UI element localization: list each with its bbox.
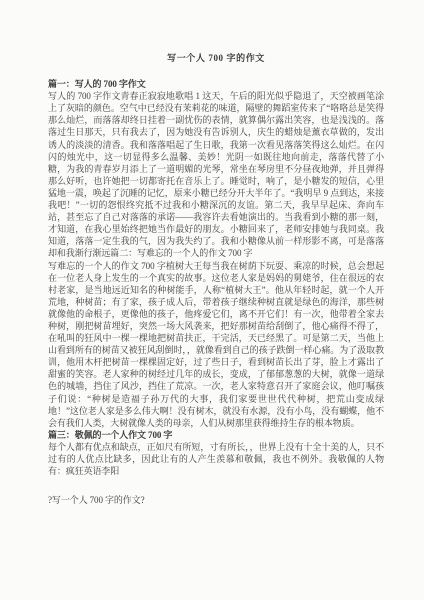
footer-question-text: ?写一个人 700 字的作文? [48,494,384,506]
document-title: 写一个人 700 字的作文 [48,52,384,64]
section-1-body: 写人的 700 字作文青春正寂寂地歌唱 1 这天，午后的阳光似乎隐退了，天空被画… [48,90,384,259]
section-1-heading: 篇一：写人的 700 字作文 [48,78,384,90]
essay-section-3: 篇三：敬佩的一个人作文 700 字 每个人都有优点和缺点，正如尺有所短，寸有所长… [48,429,384,477]
essay-section-1: 篇一：写人的 700 字作文 写人的 700 字作文青春正寂寂地歌唱 1 这天，… [48,78,384,259]
section-3-body: 每个人都有优点和缺点，正如尺有所短，寸有所长，，世界上没有十全十美的人，只不过有… [48,441,384,477]
essay-document-page: 写一个人 700 字的作文 篇一：写人的 700 字作文 写人的 700 字作文… [0,0,424,600]
essay-section-2: 写难忘的一个人的作文 700 字植树大王每当我在树荫下玩耍、乘凉的时候，总会想起… [48,260,384,429]
section-2-body: 写难忘的一个人的作文 700 字植树大王每当我在树荫下玩耍、乘凉的时候，总会想起… [48,260,384,429]
section-3-heading: 篇三：敬佩的一个人作文 700 字 [48,429,384,441]
